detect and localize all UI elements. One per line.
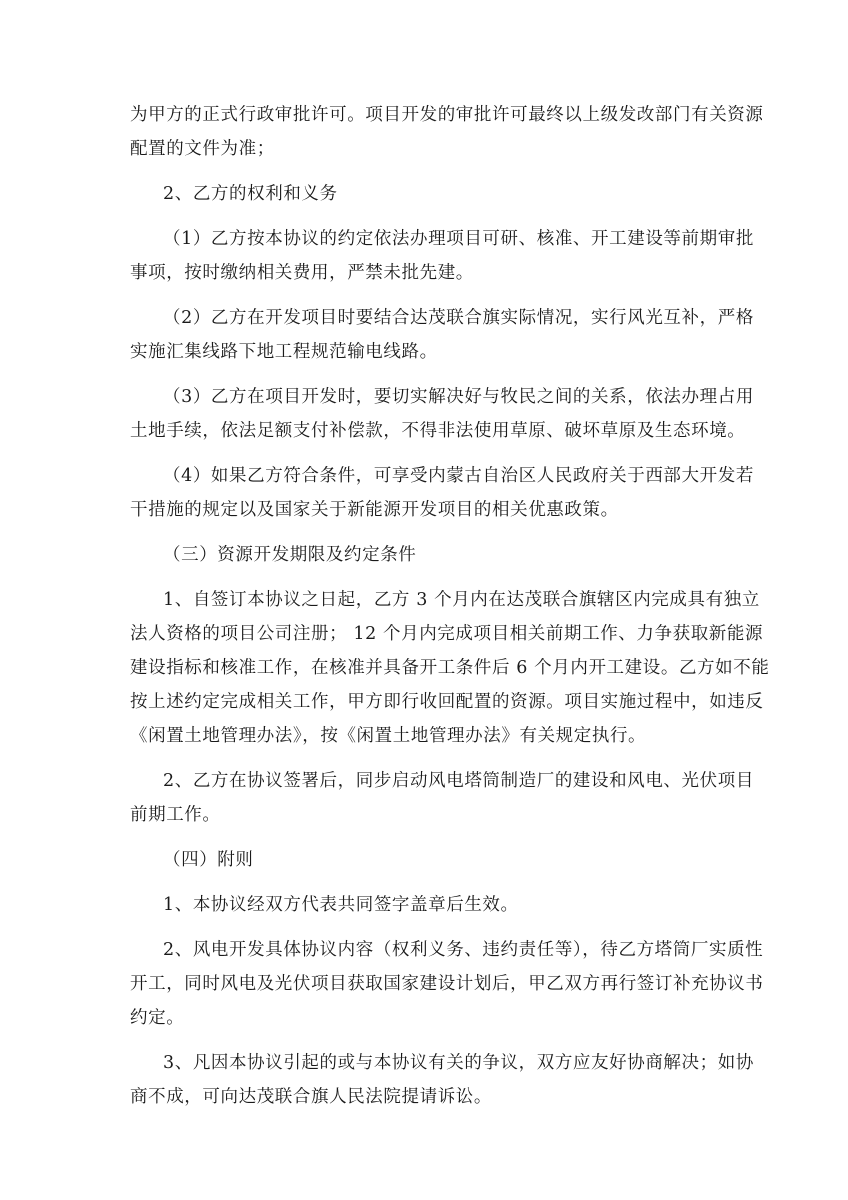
term-2-line-2: 前期工作。 <box>130 803 221 827</box>
clause-b3-line-2: 土地手续，依法足额支付补偿款，不得非法使用草原、破坏草原及生态环境。 <box>130 419 745 443</box>
subsection-title-appendix: （四）附则 <box>163 848 254 872</box>
term-1-line-5: 《闲置土地管理办法》，按《闲置土地管理办法》有关规定执行。 <box>130 724 646 748</box>
term-2-line-1: 2、乙方在协议签署后，同步启动风电塔筒制造厂的建设和风电、光伏项目 <box>163 769 754 793</box>
body-line-2: 配置的文件为准； <box>130 137 275 161</box>
clause-b3-line-1: （3）乙方在项目开发时，要切实解决好与牧民之间的关系，依法办理占用 <box>163 385 754 409</box>
appendix-2-line-3: 约定。 <box>130 1006 184 1030</box>
clause-b2-line-2: 实施汇集线路下地工程规范输电线路。 <box>130 340 438 364</box>
clause-b2-line-1: （2）乙方在开发项目时要结合达茂联合旗实际情况，实行风光互补，严格 <box>163 306 754 330</box>
subsection-title-party-b-rights: 2、乙方的权利和义务 <box>163 182 338 206</box>
clause-b1-line-2: 事项，按时缴纳相关费用，严禁未批先建。 <box>130 261 474 285</box>
clause-b1-line-1: （1）乙方按本协议的约定依法办理项目可研、核准、开工建设等前期审批 <box>163 227 754 251</box>
term-1-line-1: 1、自签订本协议之日起，乙方 3 个月内在达茂联合旗辖区内完成具有独立 <box>163 588 760 612</box>
appendix-2-line-2: 开工，同时风电及光伏项目获取国家建设计划后，甲乙双方再行签订补充协议书 <box>130 972 764 996</box>
appendix-3-line-1: 3、凡因本协议引起的或与本协议有关的争议，双方应友好协商解决；如协 <box>163 1051 754 1075</box>
document-page: 为甲方的正式行政审批许可。项目开发的审批许可最终以上级发改部门有关资源 配置的文… <box>0 0 848 1200</box>
term-1-line-2: 法人资格的项目公司注册； 12 个月内完成项目相关前期工作、力争获取新能源 <box>130 622 763 646</box>
appendix-3-line-2: 商不成，可向达茂联合旗人民法院提请诉讼。 <box>130 1085 492 1109</box>
appendix-2-line-1: 2、风电开发具体协议内容（权利义务、违约责任等），待乙方塔筒厂实质性 <box>163 938 763 962</box>
term-1-line-4: 按上述约定完成相关工作，甲方即行收回配置的资源。项目实施过程中，如违反 <box>130 690 764 714</box>
clause-b4-line-2: 干措施的规定以及国家关于新能源开发项目的相关优惠政策。 <box>130 498 619 522</box>
term-1-line-3: 建设指标和核准工作，在核准并具备开工条件后 6 个月内开工建设。乙方如不能 <box>130 656 769 680</box>
subsection-title-term-conditions: （三）资源开发期限及约定条件 <box>163 543 416 567</box>
appendix-1-line-1: 1、本协议经双方代表共同签字盖章后生效。 <box>163 893 519 917</box>
clause-b4-line-1: （4）如果乙方符合条件，可享受内蒙古自治区人民政府关于西部大开发若 <box>163 464 754 488</box>
body-line-1: 为甲方的正式行政审批许可。项目开发的审批许可最终以上级发改部门有关资源 <box>130 103 764 127</box>
